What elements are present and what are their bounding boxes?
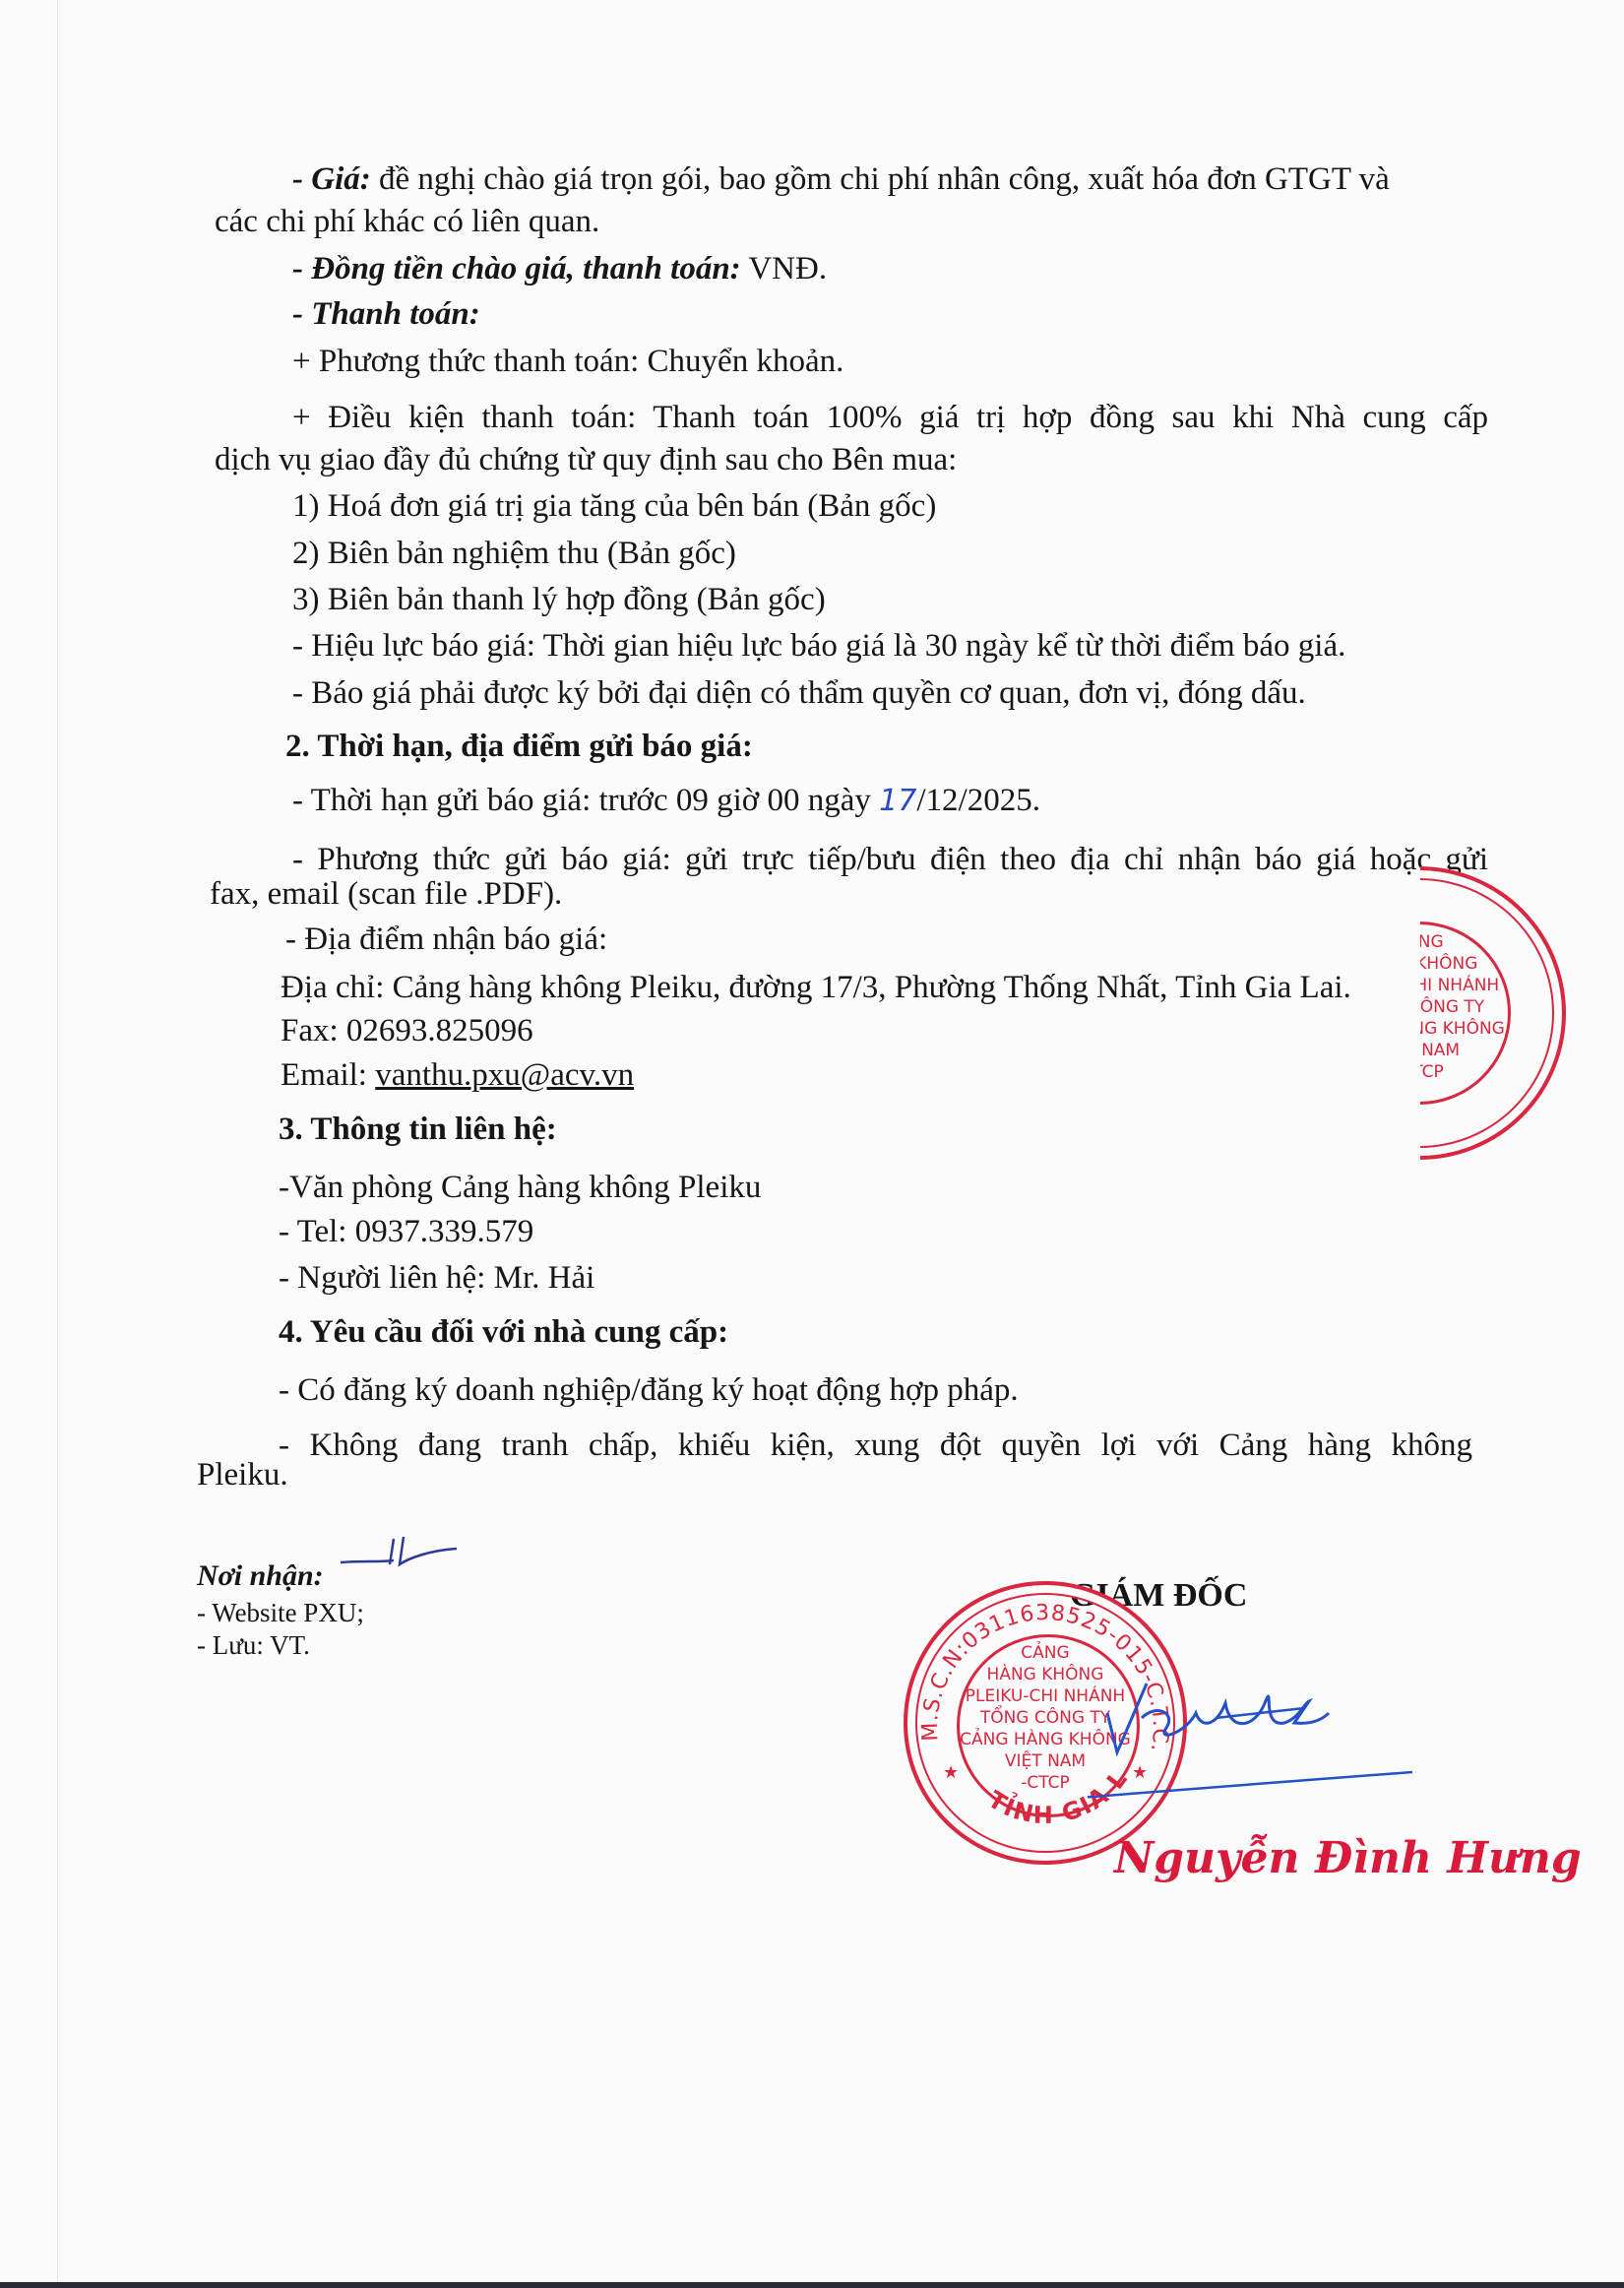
payment-doc-3: 3) Biên bản thanh lý hợp đồng (Bản gốc) <box>292 580 826 619</box>
currency-value: VNĐ. <box>741 251 827 286</box>
stamp-line: CẢNG <box>1420 931 1562 953</box>
payment-doc-1: 1) Hoá đơn giá trị gia tăng của bên bán … <box>292 486 936 526</box>
quote-validity: - Hiệu lực báo giá: Thời gian hiệu lực b… <box>292 626 1345 666</box>
location-label: - Địa điểm nhận báo giá: <box>285 920 607 959</box>
initials-scribble <box>335 1531 463 1570</box>
requirement-1: - Có đăng ký doanh nghiệp/đăng ký hoạt đ… <box>279 1370 1019 1410</box>
deadline-prefix: - Thời hạn gửi báo giá: trước 09 giờ 00 … <box>292 783 879 818</box>
requirement-2: - Không đang tranh chấp, khiếu kiện, xun… <box>279 1426 1472 1465</box>
fax: Fax: 02693.825096 <box>281 1011 533 1050</box>
price-line: - Giá: đề nghị chào giá trọn gói, bao gồ… <box>292 159 1390 199</box>
payment-condition-cont: dịch vụ giao đầy đủ chứng từ quy định sa… <box>215 440 957 479</box>
edge-stamp-center-text: CẢNG HÀNG KHÔNG PLEIKU-CHI NHÁNH TỔNG CÔ… <box>1420 931 1562 1083</box>
payment-heading: - Thanh toán: <box>292 294 480 334</box>
deadline-line: - Thời hạn gửi báo giá: trước 09 giờ 00 … <box>292 781 1040 821</box>
signer-name: Nguyễn Đình Hưng <box>1114 1833 1582 1883</box>
currency-line: - Đồng tiền chào giá, thanh toán: VNĐ. <box>292 249 827 288</box>
scan-bottom-strip <box>0 2282 1624 2288</box>
email-link[interactable]: vanthu.pxu@acv.vn <box>375 1057 634 1093</box>
recipient-2: - Lưu: VT. <box>197 1629 310 1661</box>
price-label: - Giá: <box>292 161 371 197</box>
section4-heading: 4. Yêu cầu đối với nhà cung cấp: <box>279 1312 728 1352</box>
recipient-1: - Website PXU; <box>197 1597 364 1628</box>
stamp-line: PLEIKU-CHI NHÁNH <box>1420 975 1562 996</box>
contact-person: - Người liên hệ: Mr. Hải <box>279 1258 594 1298</box>
currency-label: - Đồng tiền chào giá, thanh toán: <box>292 251 741 286</box>
send-method: - Phương thức gửi báo giá: gửi trực tiếp… <box>292 840 1488 879</box>
price-text: đề nghị chào giá trọn gói, bao gồm chi p… <box>371 161 1390 197</box>
section2-heading: 2. Thời hạn, địa điểm gửi báo giá: <box>285 727 753 766</box>
requirement-2-cont: Pleiku. <box>197 1455 288 1494</box>
recipients-label: Nơi nhận: <box>197 1560 324 1592</box>
edge-stamp-clip: CẢNG HÀNG KHÔNG PLEIKU-CHI NHÁNH TỔNG CÔ… <box>1420 866 1568 1162</box>
email-label: Email: <box>281 1057 375 1093</box>
stamp-line: CẢNG HÀNG KHÔNG <box>1420 1018 1562 1040</box>
send-method-cont: fax, email (scan file .PDF). <box>210 874 562 914</box>
scan-edge-line <box>57 0 58 2288</box>
payment-doc-2: 2) Biên bản nghiệm thu (Bản gốc) <box>292 534 736 573</box>
payment-method: + Phương thức thanh toán: Chuyển khoản. <box>292 342 843 381</box>
deadline-suffix: /12/2025. <box>916 783 1040 818</box>
contact-tel: - Tel: 0937.339.579 <box>279 1212 533 1251</box>
section3-heading: 3. Thông tin liên hệ: <box>279 1110 557 1149</box>
payment-condition: + Điều kiện thanh toán: Thanh toán 100% … <box>292 398 1488 437</box>
price-text-cont: các chi phí khác có liên quan. <box>215 202 599 241</box>
contact-office: -Văn phòng Cảng hàng không Pleiku <box>279 1168 761 1207</box>
stamp-line: -CTCP <box>1420 1061 1562 1083</box>
signature-scribble <box>1088 1674 1412 1811</box>
email-line: Email: vanthu.pxu@acv.vn <box>281 1055 634 1095</box>
stamp-line: CẢNG <box>907 1642 1183 1664</box>
edge-stamp: CẢNG HÀNG KHÔNG PLEIKU-CHI NHÁNH TỔNG CÔ… <box>1420 866 1566 1160</box>
address: Địa chỉ: Cảng hàng không Pleiku, đường 1… <box>281 968 1351 1007</box>
stamp-line: TỔNG CÔNG TY <box>1420 996 1562 1018</box>
quote-signature-req: - Báo giá phải được ký bởi đại diện có t… <box>292 673 1306 713</box>
stamp-line: VIỆT NAM <box>1420 1040 1562 1061</box>
deadline-day-handwritten: 17 <box>879 784 916 818</box>
stamp-line: HÀNG KHÔNG <box>1420 953 1562 975</box>
